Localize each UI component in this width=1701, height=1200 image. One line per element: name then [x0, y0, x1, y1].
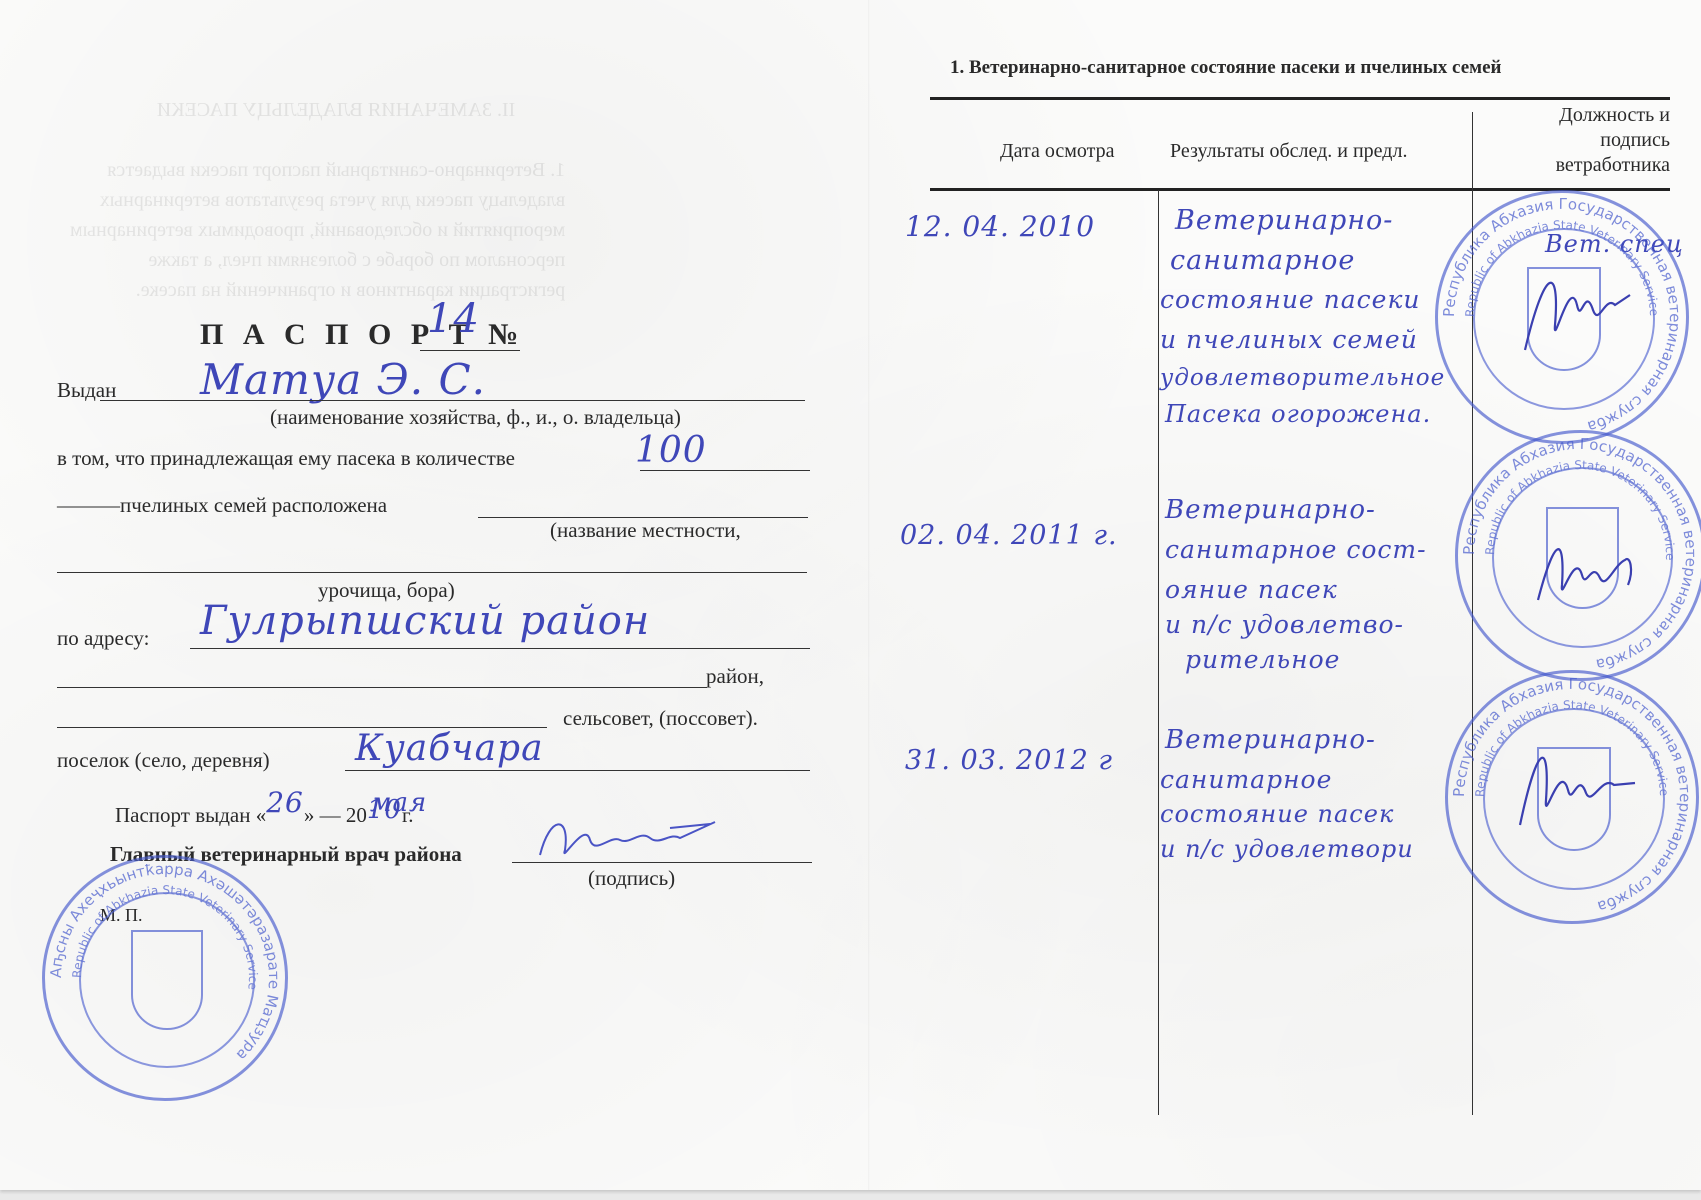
address-underline [190, 648, 810, 649]
settlement-label: поселок (село, деревня) [57, 748, 270, 773]
column-header-position: Должность и подпись ветработника [1530, 103, 1670, 178]
official-stamp-left: Аҧсны Ахеҷхьынтҟарра Ахәшәтәразарате Маҵ… [42, 855, 288, 1101]
result-line: Ветеринарно- [1175, 205, 1393, 236]
table-top-border [930, 97, 1670, 100]
passport-document: II. ЗАМЕЧАНИЯ ВЛАДЕЛЬЦУ ПАСЕКИ 1. Ветери… [0, 0, 1701, 1190]
column-divider-1 [1158, 190, 1159, 1115]
result-line: удовлетворительное [1160, 365, 1445, 391]
district-underline [57, 687, 707, 688]
passport-number-underline [420, 350, 520, 351]
result-line: Ветеринарно- [1165, 725, 1376, 755]
families-label-text: пчелиных семей расположена [120, 493, 387, 517]
result-line: и пчелиных семей [1160, 325, 1418, 354]
address-value: Гулрыпшский район [200, 598, 650, 644]
families-dash: ——— [57, 493, 120, 517]
signature-caption: (подпись) [588, 866, 675, 891]
issued-month: мая [370, 788, 427, 818]
location-caption: (название местности, [550, 518, 741, 543]
issued-date-label: Паспорт выдан « [115, 803, 266, 827]
owner-name-underline [100, 400, 805, 401]
section-title: 1. Ветеринарно-санитарное состояние пасе… [950, 57, 1501, 79]
inspection-date: 31. 03. 2012 г [905, 745, 1113, 776]
vet-signature-row-3 [1510, 735, 1640, 835]
result-line: и п/с удовлетво- [1165, 610, 1404, 639]
result-line: санитарное [1170, 245, 1355, 276]
village-council-label: сельсовет, (поссовет). [563, 706, 758, 731]
settlement-underline [345, 770, 810, 771]
owner-name: Матуа Э. С. [200, 355, 486, 404]
apiary-count-underline [640, 470, 810, 471]
issued-day: 26 [266, 786, 304, 819]
owner-caption: (наименование хозяйства, ф., и., о. влад… [270, 405, 681, 430]
inspection-date: 12. 04. 2010 [905, 210, 1095, 243]
district-label: район, [706, 664, 764, 689]
apiary-count-label: в том, что принадлежащая ему пасека в ко… [57, 446, 515, 471]
address-label: по адресу: [57, 626, 149, 651]
result-line: ояние пасек [1165, 575, 1338, 604]
result-line: состояние пасеки [1160, 285, 1421, 314]
stamp-text-ring: Аҧсны Ахеҷхьынтҟарра Ахәшәтәразарате Маҵ… [45, 858, 285, 1098]
page-fold [868, 0, 870, 1190]
column-header-results: Результаты обслед. и предл. [1170, 140, 1407, 163]
result-line: санитарное сост- [1165, 535, 1427, 564]
result-line: и п/с удовлетвори [1160, 835, 1414, 863]
settlement-value: Куабчара [355, 728, 544, 769]
passport-number: 14 [427, 296, 480, 342]
issued-year-prefix: » — 20 [304, 803, 367, 827]
result-line: рительное [1185, 645, 1340, 674]
column-header-date: Дата осмотра [1000, 140, 1115, 163]
bleed-through-text: II. ЗАМЕЧАНИЯ ВЛАДЕЛЬЦУ ПАСЕКИ 1. Ветери… [70, 95, 565, 305]
result-line: Ветеринарно- [1165, 495, 1376, 525]
inspection-date: 02. 04. 2011 г. [900, 520, 1118, 551]
location-underline-2 [57, 572, 807, 573]
families-label: ———пчелиных семей расположена [57, 493, 387, 518]
result-line: состояние пасек [1160, 800, 1394, 828]
result-line: Пасека огорожена. [1165, 400, 1431, 428]
apiary-count: 100 [635, 430, 707, 471]
vet-signature-row-2 [1530, 530, 1640, 610]
vet-signature-row-1 [1515, 255, 1635, 365]
result-line: санитарное [1160, 765, 1332, 794]
issued-date: Паспорт выдан «26» — 2010г. [115, 796, 413, 829]
chief-vet-signature [530, 810, 730, 870]
